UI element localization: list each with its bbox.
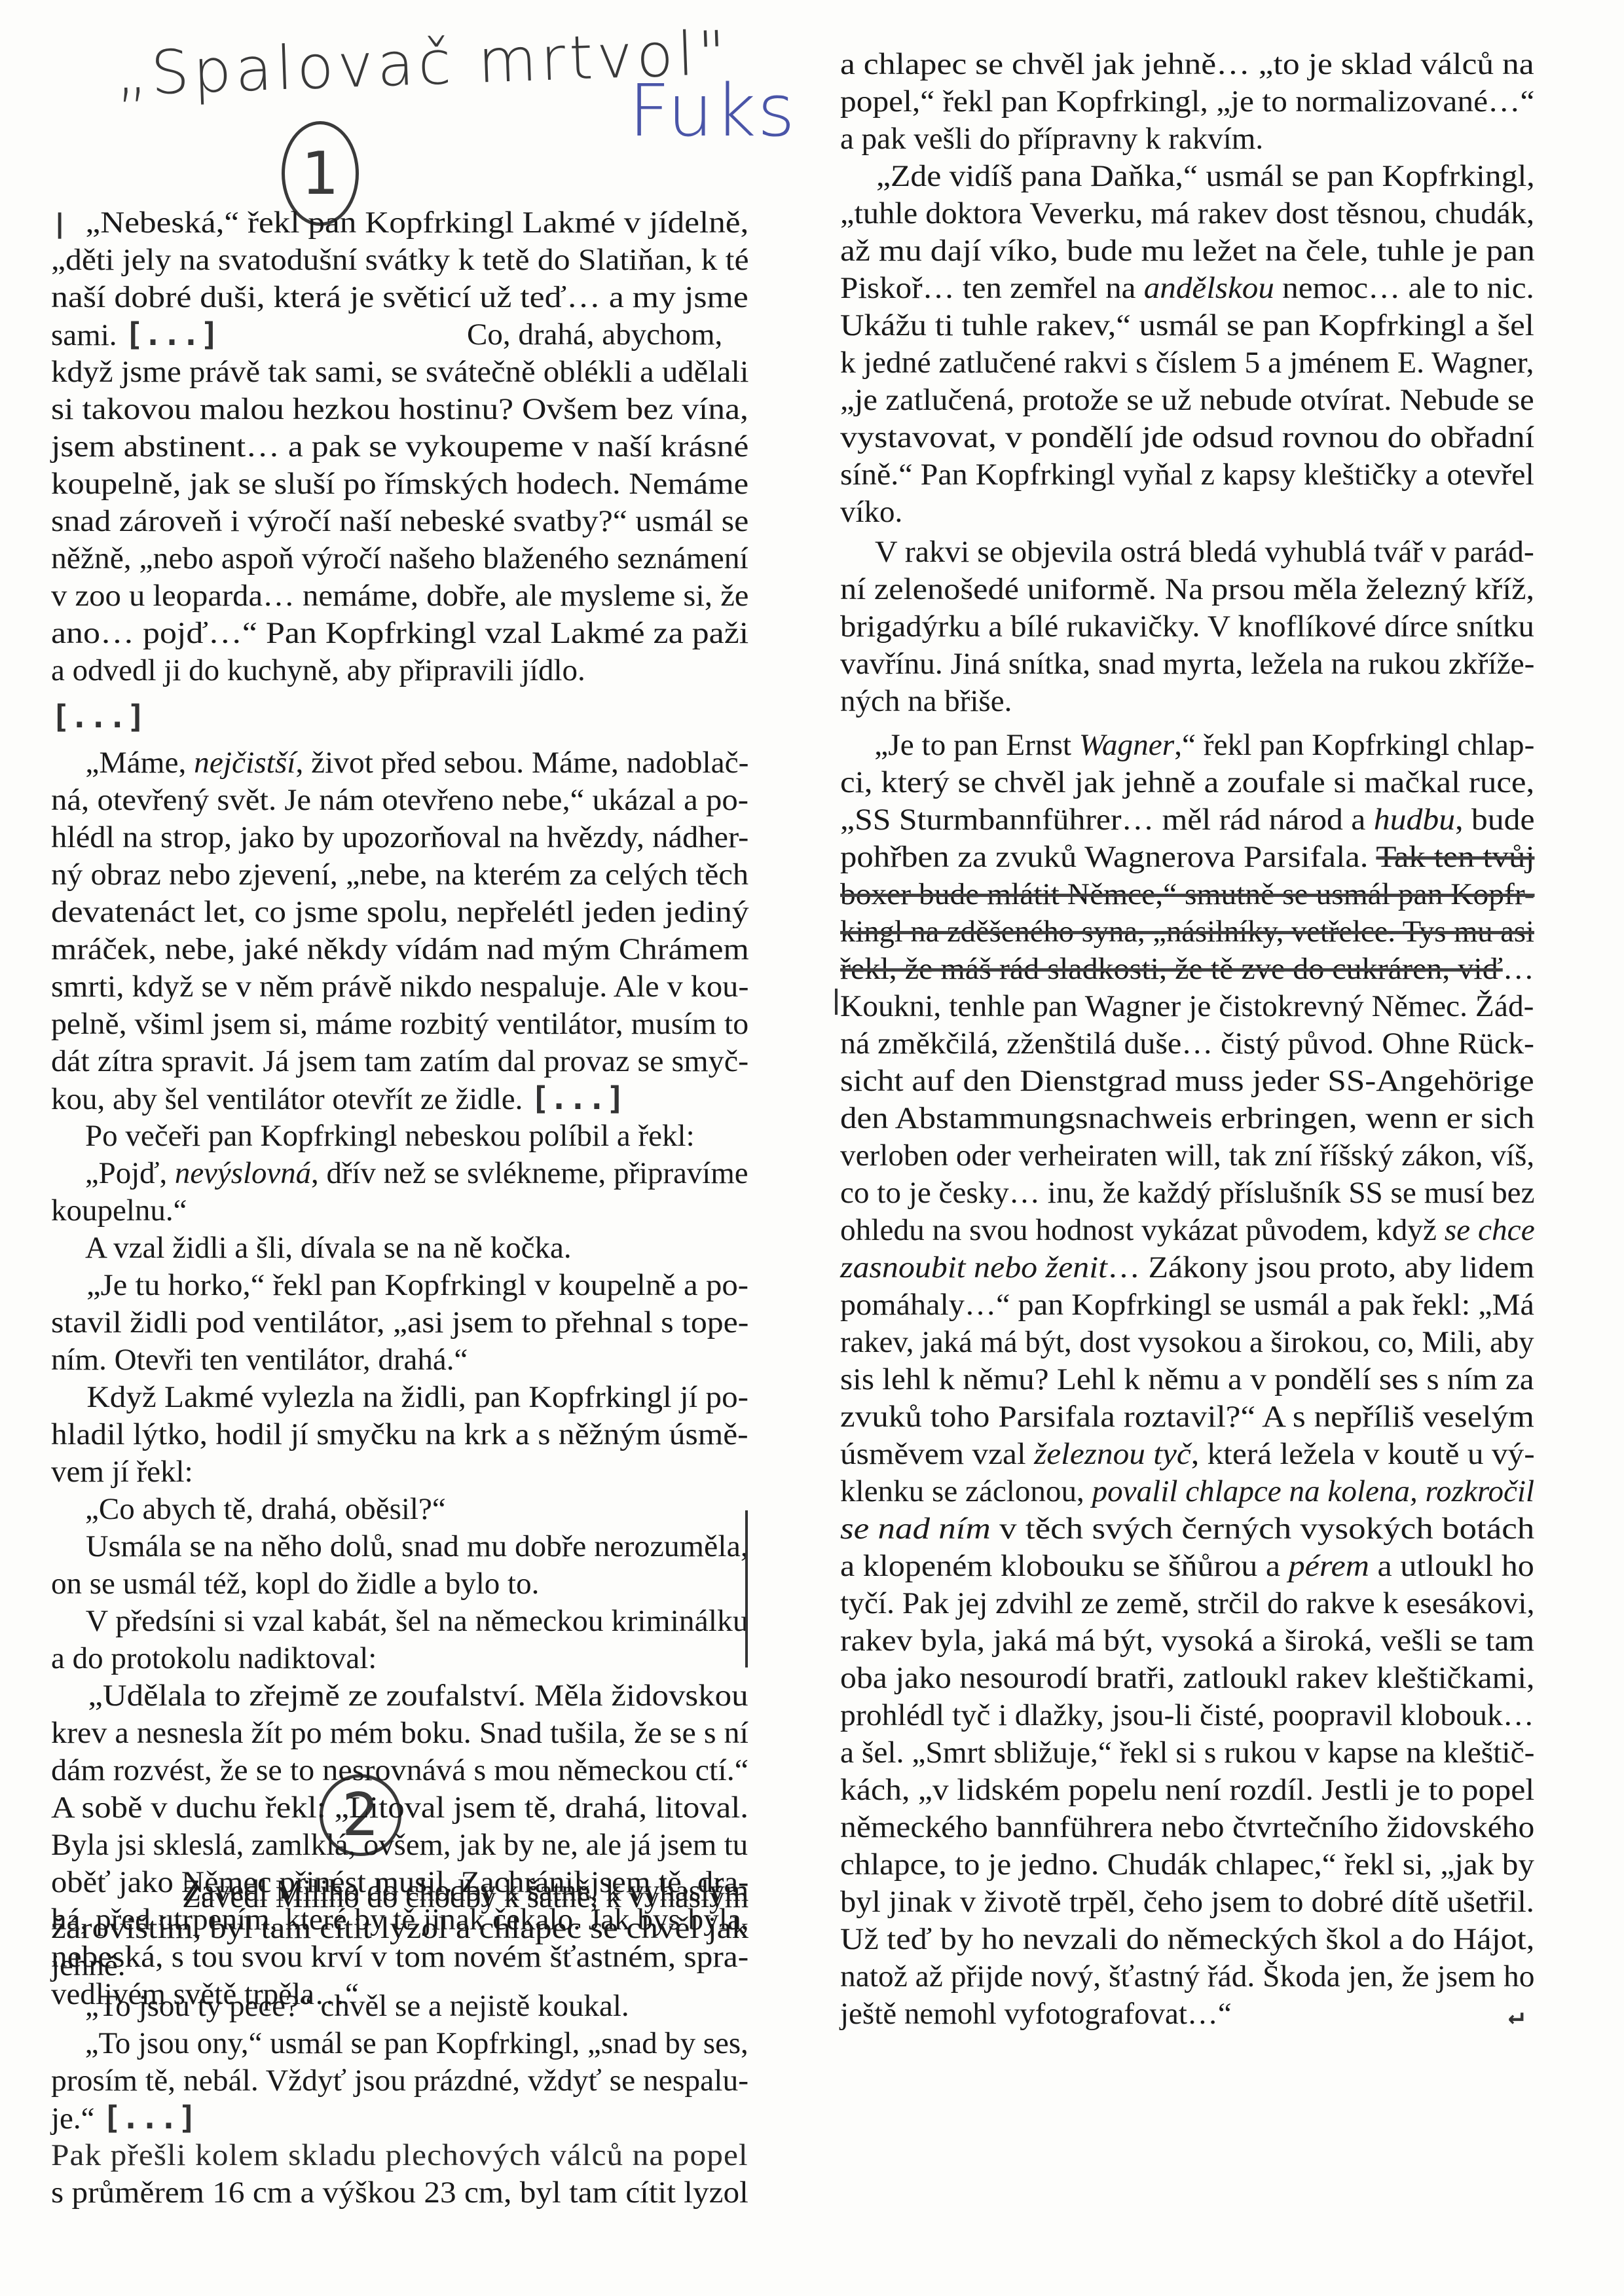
text-line: ještě nemohl vyfotografovat…“	[840, 1995, 1232, 2032]
text-line: Když Lakmé vylezla na židli, pan Kopfrki…	[51, 1379, 748, 1415]
text-line: hladil lýtko, hodil jí smyčku na krk a s…	[51, 1416, 748, 1453]
text-line: ných na břiše.	[840, 683, 1012, 720]
text-line: | „Nebeská,“ řekl pan Kopfrkingl Lakmé v…	[51, 204, 748, 241]
text-line: „je zatlučená, protože se už nebude otví…	[840, 382, 1534, 418]
text-line: „To jsou ty pece?“ chvěl se a nejistě ko…	[51, 1988, 629, 2024]
text-line: popel,“ řekl pan Kopfrkingl, „je to norm…	[840, 83, 1534, 120]
ellipsis-bracket: [...]	[530, 1080, 625, 1117]
text-line: se nad ním v těch svých černých vysokých…	[840, 1510, 1534, 1547]
text-line: dám rozvést, že se to nesrovnává s mou n…	[51, 1752, 748, 1789]
text-line: brigadýrku a bílé rukavičky. V knoflíkov…	[840, 608, 1534, 645]
end-arrow-icon: ↵	[1508, 2000, 1524, 2030]
section-number: 1	[301, 139, 339, 208]
text-line: on se usmál též, kopl do židle a bylo to…	[51, 1565, 539, 1602]
text-line: Ukážu ti tuhle rakev,“ usmál se pan Kopf…	[840, 307, 1534, 344]
text-line: pelně, všiml jsem si, máme rozbitý venti…	[51, 1006, 748, 1042]
text-line: Usmála se na něho dolů, snad mu dobře ne…	[51, 1528, 748, 1565]
text-line: „Udělala to zřejmě ze zoufalství. Měla ž…	[51, 1677, 748, 1714]
text-line: vavřínu. Jiná snítka, snad myrta, ležela…	[840, 646, 1534, 682]
text-line: a do protokolu nadiktoval:	[51, 1640, 377, 1677]
text-line: Co, drahá, abychom,	[467, 316, 722, 353]
text-line: A vzal židli a šli, dívala se na ně kočk…	[51, 1230, 572, 1266]
text-line: a pak vešli do přípravny k rakvím.	[840, 120, 1263, 157]
text-line: mráček, nebe, jaké někdy vídám nad mým C…	[51, 931, 748, 968]
text-line: „děti jely na svatodušní svátky k tetě d…	[51, 242, 749, 278]
text-line: chlapce, to je jedno. Chudák chlapec,“ ř…	[840, 1846, 1534, 1883]
text-line: ný obraz nebo zjevení, „nebe, na kterém …	[51, 856, 748, 893]
text-line: kou, aby šel ventilátor otevřít ze židle…	[51, 1080, 625, 1117]
text-line: ná změkčilá, zženštilá duše… čistý původ…	[840, 1025, 1534, 1062]
struck-text: řekl, že máš rád sladkosti, že tě zve do…	[840, 952, 1503, 986]
text-line: koupelnu.“	[51, 1192, 187, 1229]
ellipsis-bracket: [...]	[102, 2100, 197, 2136]
struck-text: kingl na zděšeného syna, „násilníky, vet…	[840, 913, 1534, 950]
text-line: síně.“ Pan Kopfrkingl vyňal z kapsy kleš…	[840, 456, 1534, 493]
text-line: devatenáct let, co jsme spolu, nepřelétl…	[51, 894, 748, 930]
struck-text: boxer bude mlátit Němce,“ smutně se usmá…	[840, 876, 1535, 913]
text-line: ci, který se chvěl jak jehně a zoufale s…	[840, 764, 1534, 801]
text-line: pomáhaly…“ pan Kopfrkingl se usmál a pak…	[840, 1286, 1534, 1323]
text-line: dát zítra spravit. Já jsem tam zatím dal…	[51, 1043, 748, 1080]
struck-text: Tak ten tvůj	[1376, 840, 1534, 874]
text-line: verloben oder verheiraten will, tak zní …	[840, 1137, 1534, 1174]
text-line: je.“ [...]	[51, 2100, 197, 2136]
text-line: koupelně, jak se sluší po římských hodec…	[51, 465, 748, 502]
text-line: úsměvem vzal železnou tyč, která ležela …	[840, 1436, 1535, 1472]
text-line: a chlapec se chvěl jak jehně… „to je skl…	[840, 46, 1534, 82]
text-line: si takovou malou hezkou hostinu? Ovšem b…	[51, 391, 748, 428]
text-line: jehně.	[51, 1947, 126, 1984]
text-line: rakev, jaká má být, dost vysokou a širok…	[840, 1324, 1534, 1360]
text-line: „SS Sturmbannführer… měl rád národ a hud…	[840, 801, 1534, 838]
text-line: „Co abych tě, drahá, oběsil?“	[51, 1491, 446, 1527]
text-line: Zavedl Miliho do chodby k šatně, k vyhas…	[51, 1872, 748, 1909]
text-line: stavil židli pod ventilátor, „asi jsem t…	[51, 1304, 748, 1341]
ellipsis-bracket: [...]	[124, 316, 219, 353]
margin-mark	[835, 989, 838, 1015]
text-line: smrti, když se v něm právě nikdo nespalu…	[51, 968, 748, 1005]
text-line: naší dobré duši, která je světicí už teď…	[51, 279, 748, 316]
text-line: v zoo u leoparda… nemáme, dobře, ale mys…	[51, 577, 748, 614]
text-line: Koukni, tenhle pan Wagner je čistokrevný…	[840, 988, 1534, 1025]
handwritten-author: Fuks	[629, 69, 796, 153]
text-line: Po večeři pan Kopfrkingl nebeskou políbi…	[51, 1118, 695, 1154]
text-line: ním. Otevři ten ventilátor, drahá.“	[51, 1341, 468, 1378]
text-line: V předsíni si vzal kabát, šel na německo…	[51, 1603, 748, 1639]
text-line: když jsme právě tak sami, se svátečně ob…	[51, 354, 748, 390]
text-line: prohlédl tyč i dlažky, jsou-li čisté, po…	[840, 1697, 1534, 1734]
text-line: A sobě v duchu řekl: „Litoval jsem tě, d…	[51, 1789, 748, 1826]
text-line: „Je tu horko,“ řekl pan Kopfrkingl v kou…	[51, 1267, 748, 1303]
text-line: Byla jsi skleslá, zamlklá, ovšem, jak by…	[51, 1827, 748, 1863]
text-line: pohřben za zvuků Wagnerova Parsifala. Ta…	[840, 839, 1534, 875]
text-line: rakev byla, jaká má být, vysoká a široká…	[840, 1622, 1534, 1659]
text-line: ná, otevřený svět. Je nám otevřeno nebe,…	[51, 782, 748, 818]
text-line: „Zde vidíš pana Daňka,“ usmál se pan Kop…	[840, 158, 1534, 194]
text-line: byl jinak v životě trpěl, čeho jsem to d…	[840, 1884, 1534, 1920]
text-line: tyčí. Pak jej zdvihl ze země, strčil do …	[840, 1585, 1534, 1622]
text-line: sicht auf den Dienstgrad muss jeder SS-A…	[840, 1063, 1534, 1099]
text-line: den Abstammungsnachweis erbringen, wenn …	[840, 1100, 1534, 1137]
text-line: s průměrem 16 cm a výškou 23 cm, byl tam…	[51, 2174, 748, 2211]
text-line: až mu dají víko, bude mu ležet na čele, …	[840, 232, 1534, 269]
text-line: k jedné zatlučené rakvi s číslem 5 a jmé…	[840, 344, 1534, 381]
text-line: něžně, „nebo aspoň výročí našeho blažené…	[51, 540, 748, 577]
text-line: zasnoubit nebo ženit… Zákony jsou proto,…	[840, 1249, 1534, 1286]
text-line: V rakvi se objevila ostrá bledá vyhublá …	[840, 534, 1534, 570]
text-line: „Je to pan Ernst Wagner,“ řekl pan Kopfr…	[840, 727, 1534, 763]
text-line: co to je česky… inu, že každý příslušník…	[840, 1175, 1534, 1211]
text-line: řekl, že máš rád sladkosti, že tě zve do…	[840, 951, 1534, 987]
text-line: klenku se záclonou, povalil chlapce na k…	[840, 1473, 1534, 1510]
text-line: „Máme, nejčistší, život před sebou. Máme…	[51, 744, 748, 781]
text-line: zvuků toho Parsifala roztavil?“ A s nepř…	[840, 1398, 1534, 1435]
text-line: ano… pojď…“ Pan Kopfrkingl vzal Lakmé za…	[51, 615, 748, 651]
text-line: a klopeném klobouku se šňůrou a pérem a …	[840, 1548, 1534, 1584]
text-line: Piskoř… ten zemřel na andělskou nemoc… a…	[840, 270, 1534, 306]
text-line: Pak přešli kolem skladu plechových válců…	[51, 2137, 748, 2174]
text-line: „Pojď, nevýslovná, dřív než se svlékneme…	[51, 1155, 748, 1192]
text-line: ní zelenošedé uniformě. Na prsou měla že…	[840, 571, 1534, 608]
text-line: snad zároveň i výročí naší nebeské svatb…	[51, 503, 748, 539]
text-line: sami. [...]	[51, 316, 219, 353]
margin-line	[745, 1510, 748, 1667]
text-line: německého bannführera nebo čtvrtečního ž…	[840, 1809, 1534, 1846]
text-line: prosím tě, nebál. Vždyť jsou prázdné, vž…	[51, 2062, 748, 2099]
text-line: ohledu na svou hodnost vykázat původem, …	[840, 1212, 1534, 1248]
text-line: vem jí řekl:	[51, 1453, 193, 1490]
text-line: kách, „v lidském popelu není rozdíl. Jes…	[840, 1772, 1534, 1808]
text-line: a odvedl ji do kuchyně, aby připravili j…	[51, 652, 585, 689]
text-line: jsem abstinent… a pak se vykoupeme v naš…	[51, 428, 748, 465]
text-line: hlédl na strop, jako by upozorňoval na h…	[51, 819, 748, 856]
text-line: natož až přijde nový, šťastný řád. Škoda…	[840, 1958, 1535, 1995]
text-line: žárovištím, byl tam cítit lyzol a chlape…	[51, 1910, 748, 1946]
scanned-page: „Spalovač mrtvol" Fuks 1 2 | „Nebeská,“ …	[0, 0, 1624, 2296]
text-line: krev a nesnesla žít po mém boku. Snad tu…	[51, 1715, 748, 1751]
text-line: a šel. „Smrt sbližuje,“ řekl si s rukou …	[840, 1734, 1534, 1771]
text-line: „tuhle doktora Veverku, má rakev dost tě…	[840, 195, 1534, 232]
ellipsis-bracket: [...]	[51, 699, 146, 735]
text-line: vystavovat, v pondělí jde odsud rovnou d…	[840, 419, 1534, 456]
text-line: Už teď by ho nevzali do německých škol a…	[840, 1921, 1534, 1958]
text-line: sis lehl k němu? Lehl k němu a v pondělí…	[840, 1361, 1534, 1398]
text-line: oba jako nesourodí bratři, zatloukl rake…	[840, 1660, 1534, 1696]
text-line: „To jsou ony,“ usmál se pan Kopfrkingl, …	[51, 2025, 748, 2062]
text-line: víko.	[840, 494, 902, 530]
